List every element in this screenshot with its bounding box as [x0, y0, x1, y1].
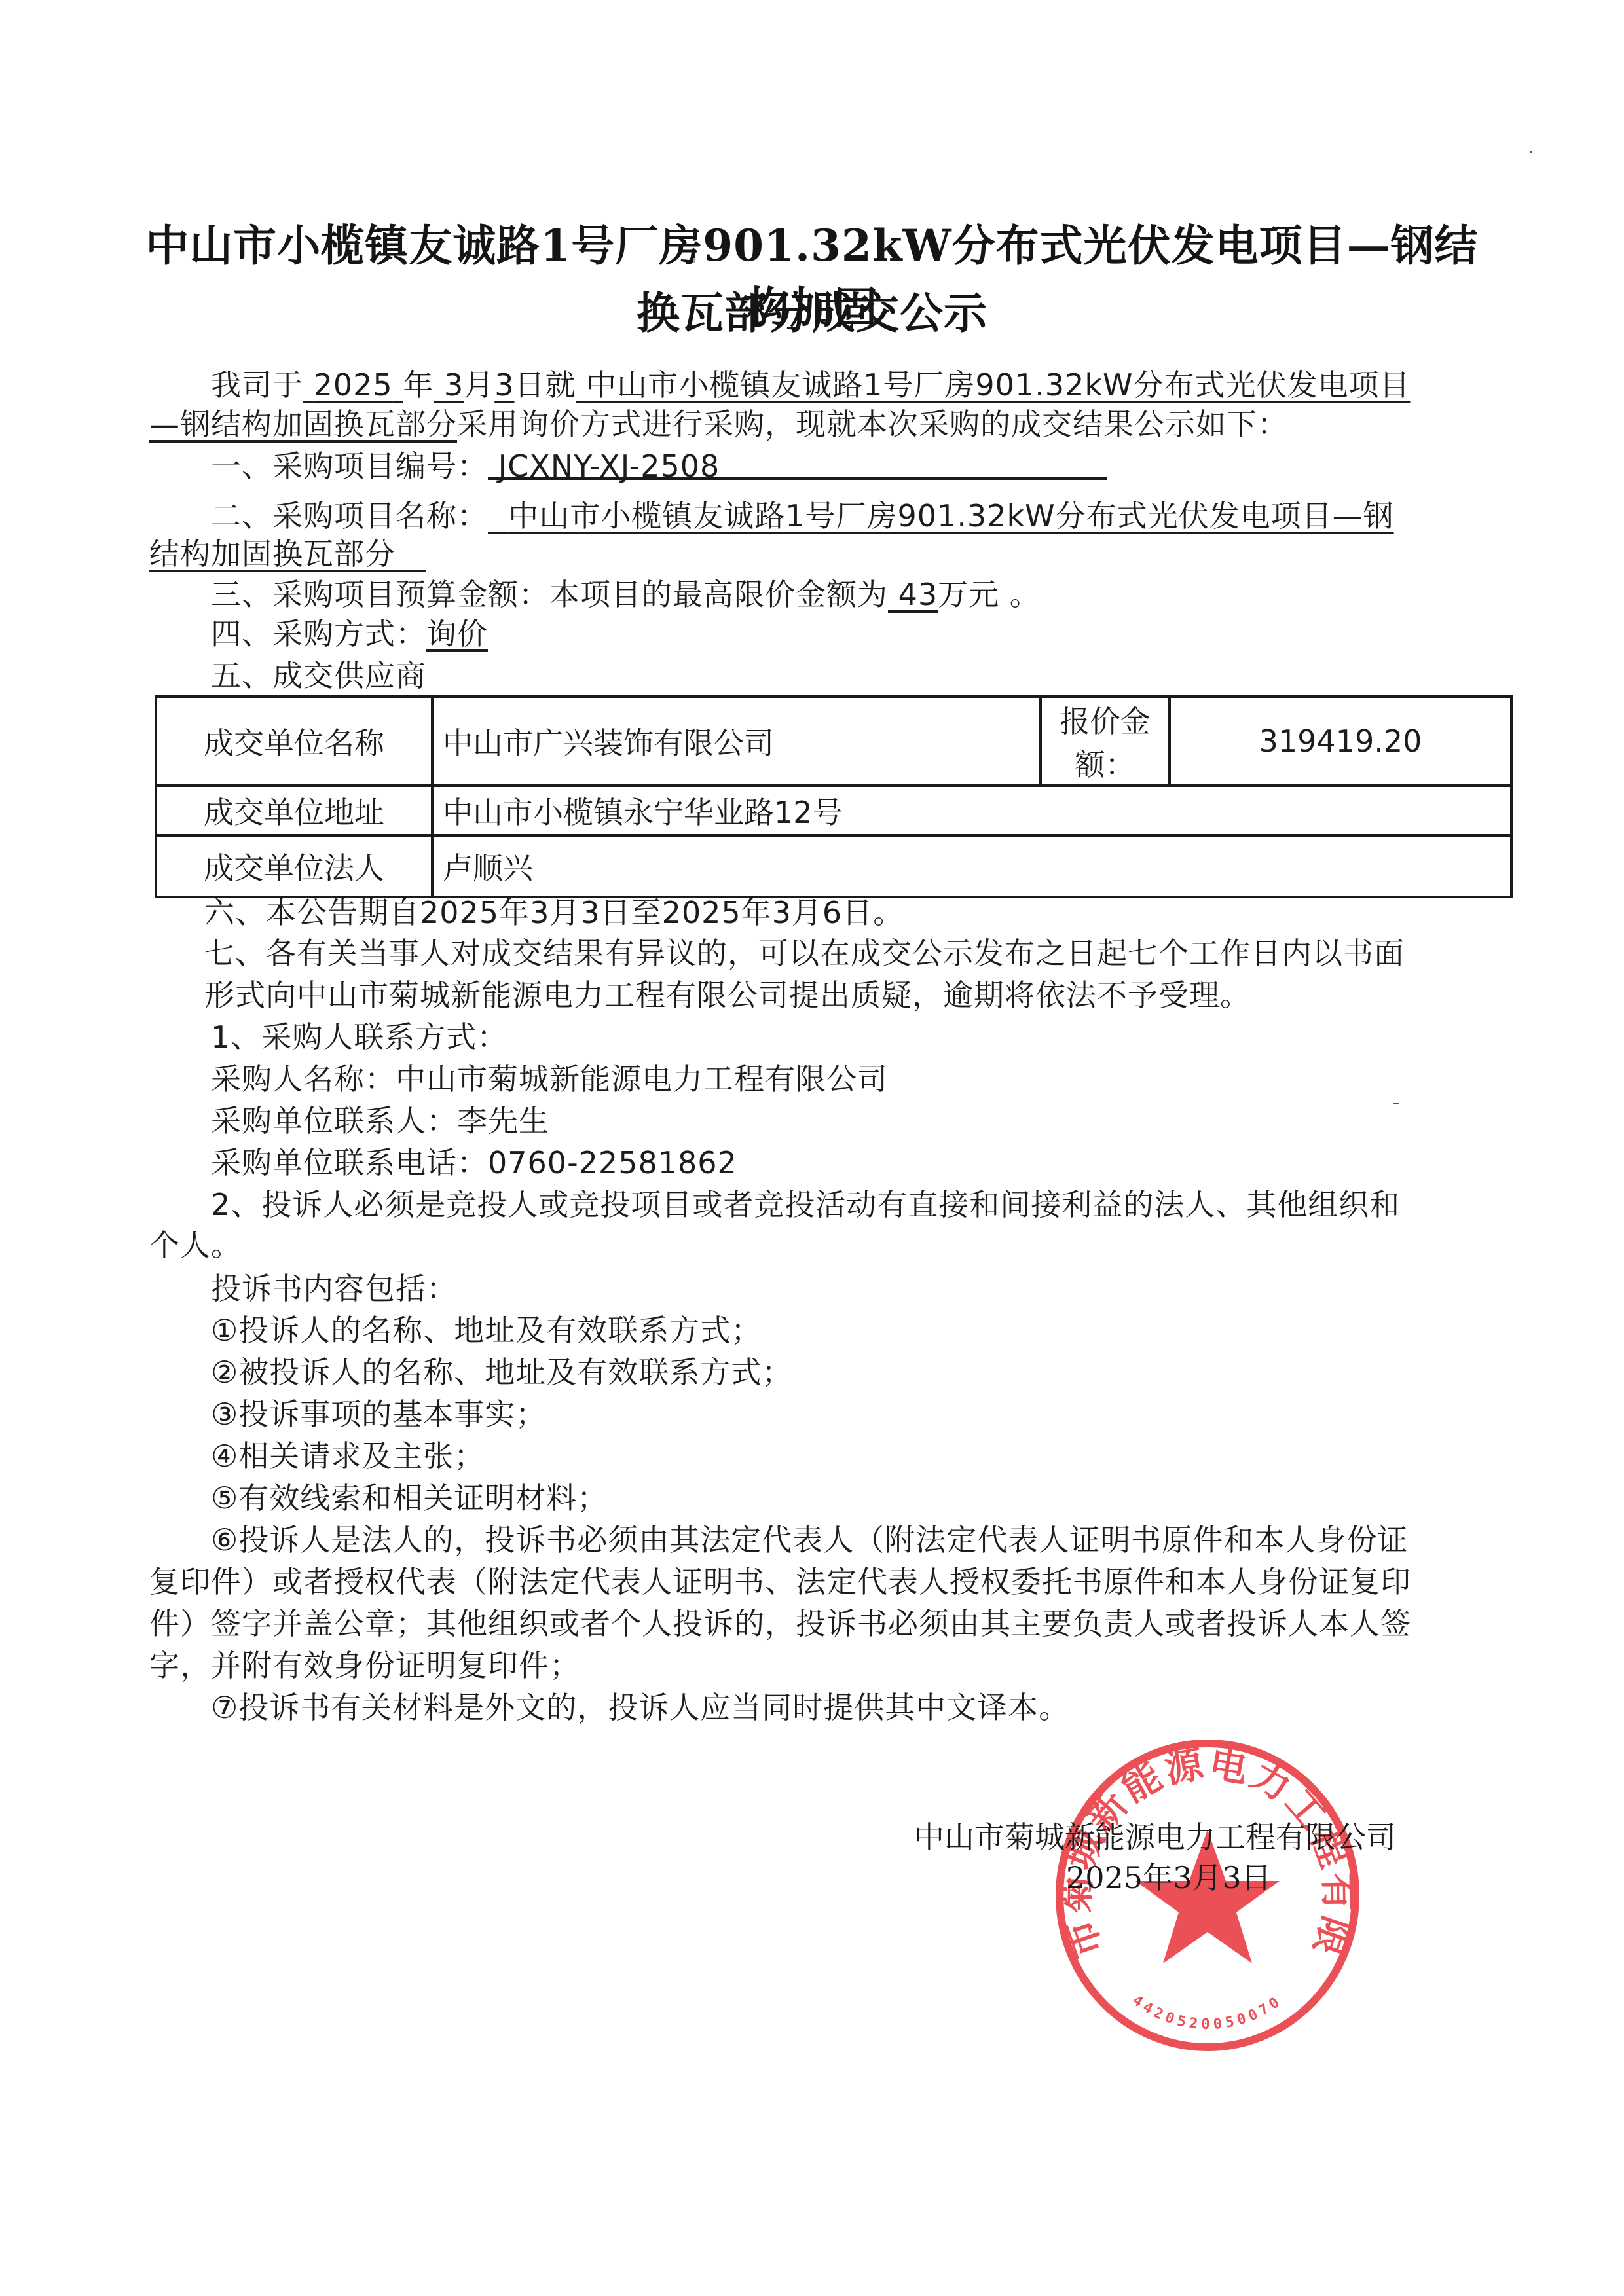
complaint-point: ①投诉人的名称、地址及有效联系方式；: [211, 1307, 762, 1350]
complaint-point6-line3: 件）签字并盖公章；其他组织或者个人投诉的，投诉书必须由其主要负责人或者投诉人本人…: [149, 1600, 1411, 1643]
project-name-line2: 结构加固换瓦部分: [149, 530, 426, 574]
objection-line1: 七、各有关当事人对成交结果有异议的，可以在成交公示发布之日起七个工作日内以书面: [204, 930, 1405, 973]
method-value: 询价: [426, 616, 488, 651]
supplier-table: 成交单位名称 中山市广兴装饰有限公司 报价金额： 319419.20 成交单位地…: [155, 695, 1513, 898]
project-name-line1: 二、采购项目名称： 中山市小榄镇友诚路1号厂房901.32kW分布式光伏发电项目…: [211, 492, 1394, 536]
announcement-period: 六、本公告期自2025年3月3日至2025年3月6日。: [204, 889, 904, 932]
intro-month-suffix: 月: [464, 367, 494, 403]
intro-project-line1: 中山市小榄镇友诚路1号厂房901.32kW分布式光伏发电项目: [576, 367, 1411, 403]
scan-artifact: [1393, 1103, 1399, 1104]
budget-label: 三、采购项目预算金额：本项目的最高限价金额为: [211, 577, 888, 612]
complaint-point: ④相关请求及主张；: [211, 1432, 485, 1476]
project-number-label: 一、采购项目编号：: [211, 448, 488, 484]
intro-year-suffix: 年: [403, 367, 434, 403]
table-cell-label: 成交单位地址: [156, 786, 432, 835]
scan-artifact: [693, 258, 695, 263]
scan-artifact: [1530, 151, 1532, 153]
price-label: 报价金额：: [1041, 697, 1170, 786]
intro-line1: 我司于 2025 年 3月3日就 中山市小榄镇友诚路1号厂房901.32kW分布…: [211, 361, 1410, 405]
project-name-value-line2: 结构加固换瓦部分: [149, 536, 426, 572]
budget-value: 43: [888, 577, 938, 612]
intro-prefix: 我司于: [211, 367, 303, 403]
table-cell-value: 中山市广兴装饰有限公司: [432, 697, 1041, 786]
project-number-line: 一、采购项目编号： JCXNY-XJ-2508: [211, 443, 1107, 486]
table-row: 成交单位地址 中山市小榄镇永宁华业路12号: [156, 786, 1511, 835]
complaint-contents-heading: 投诉书内容包括：: [211, 1265, 457, 1308]
complaint-rule-line1: 2、投诉人必须是竞投人或竞投项目或者竞投活动有直接和间接利益的法人、其他组织和: [211, 1181, 1400, 1224]
table-cell-value: 中山市小榄镇永宁华业路12号: [432, 786, 1511, 835]
price-value: 319419.20: [1170, 697, 1511, 786]
budget-unit: 万元 。: [938, 577, 1041, 612]
complaint-point6-line4: 字，并附有效身份证明复印件；: [149, 1642, 580, 1685]
complaint-rule-line2: 个人。: [149, 1222, 242, 1265]
project-name-value-line1: 中山市小榄镇友诚路1号厂房901.32kW分布式光伏发电项目—钢: [488, 498, 1394, 534]
table-cell-label: 成交单位名称: [156, 697, 432, 786]
method-line: 四、采购方式：询价: [211, 610, 488, 653]
intro-rest: 采用询价方式进行采购，现就本次采购的成交结果公示如下：: [457, 407, 1288, 442]
document-page: 中山市小榄镇友诚路1号厂房901.32kW分布式光伏发电项目—钢结构加固 换瓦部…: [0, 0, 1624, 2296]
contact-phone: 采购单位联系电话：0760-22581862: [211, 1139, 737, 1182]
complaint-point: ②被投诉人的名称、地址及有效联系方式；: [211, 1349, 792, 1392]
table-cell-label: 成交单位法人: [156, 835, 432, 897]
signature-date: 2025年3月3日: [1066, 1854, 1272, 1897]
supplier-heading: 五、成交供应商: [211, 652, 426, 695]
intro-year: 2025: [303, 367, 403, 403]
project-number-field: JCXNY-XJ-2508: [488, 448, 1107, 480]
objection-line2: 形式向中山市菊城新能源电力工程有限公司提出质疑，逾期将依法不予受理。: [204, 972, 1251, 1015]
intro-day-suffix: 日就: [515, 367, 576, 403]
intro-month: 3: [434, 367, 464, 403]
signature-company: 中山市菊城新能源电力工程有限公司: [914, 1813, 1396, 1857]
contact-purchaser: 采购人名称：中山市菊城新能源电力工程有限公司: [211, 1055, 888, 1099]
intro-line2: —钢结构加固换瓦部分采用询价方式进行采购，现就本次采购的成交结果公示如下：: [149, 401, 1288, 444]
complaint-point6-line2: 复印件）或者授权代表（附法定代表人证明书、法定代表人授权委托书原件和本人身份证复…: [149, 1558, 1411, 1601]
intro-day: 3: [494, 367, 514, 403]
complaint-point6-line1: ⑥投诉人是法人的，投诉书必须由其法定代表人（附法定代表人证明书原件和本人身份证: [211, 1516, 1408, 1559]
table-cell-value: 卢顺兴: [432, 835, 1511, 897]
document-title-line2: 换瓦部分成交公示: [131, 278, 1493, 340]
complaint-point: ⑤有效线索和相关证明材料；: [211, 1474, 608, 1518]
project-name-label: 二、采购项目名称：: [211, 498, 488, 534]
contact-heading: 1、采购人联系方式：: [211, 1013, 507, 1057]
method-label: 四、采购方式：: [211, 616, 426, 651]
svg-text:4420520050070: 4420520050070: [1129, 1992, 1285, 2033]
budget-line: 三、采购项目预算金额：本项目的最高限价金额为 43万元 。: [211, 571, 1041, 614]
contact-person: 采购单位联系人：李先生: [211, 1097, 549, 1140]
complaint-point7: ⑦投诉书有关材料是外文的，投诉人应当同时提供其中文译本。: [211, 1684, 1069, 1727]
complaint-point: ③投诉事项的基本事实；: [211, 1391, 546, 1434]
table-row: 成交单位法人 卢顺兴: [156, 835, 1511, 897]
table-row: 成交单位名称 中山市广兴装饰有限公司 报价金额： 319419.20: [156, 697, 1511, 786]
intro-project-line2: —钢结构加固换瓦部分: [149, 407, 457, 442]
project-number-value: JCXNY-XJ-2508: [498, 448, 720, 484]
